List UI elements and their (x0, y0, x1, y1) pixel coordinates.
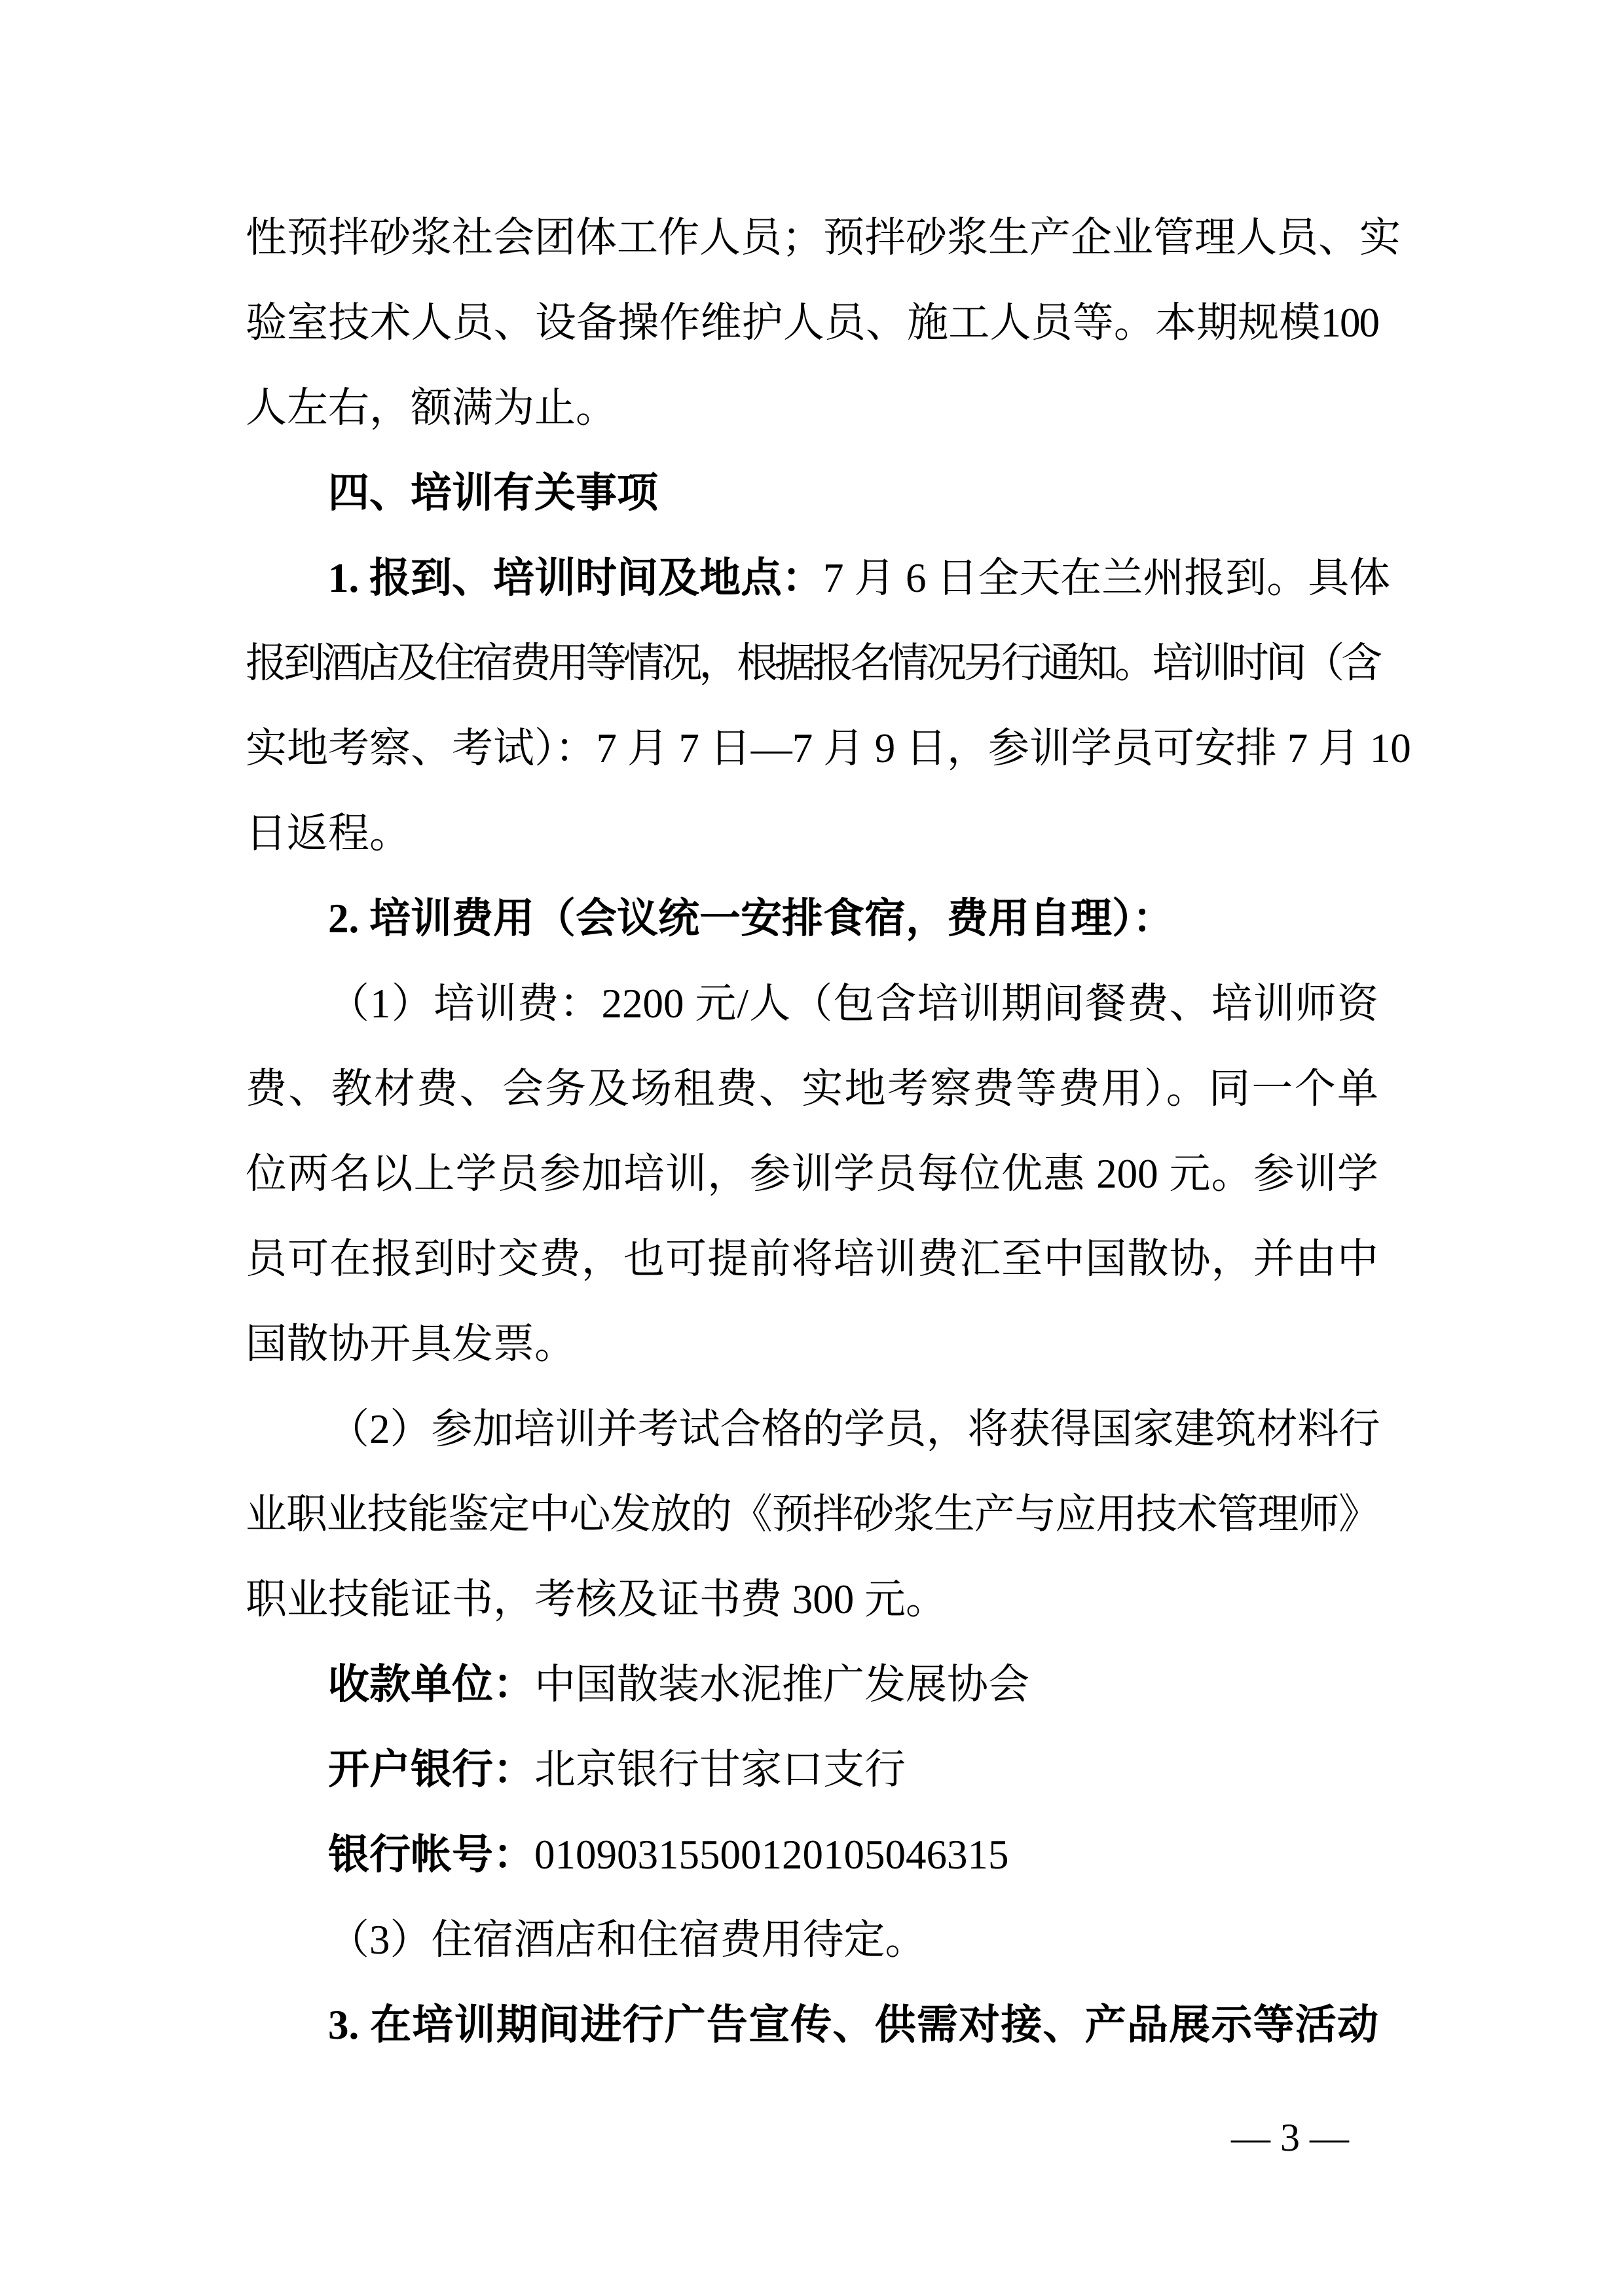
line-text-run: 日返程。 (246, 811, 411, 856)
line-bold-run: 四、培训有关事项 (328, 470, 658, 516)
line-text-run: 位两名以上学员参加培训，参训学员每位优惠 200 元。参训学 (246, 1151, 1378, 1197)
page-number: — 3 — (1231, 2095, 1349, 2180)
line-bold-run: 银行帐号： (328, 1832, 534, 1878)
line-text-run: 人左右，额满为止。 (246, 385, 617, 431)
line-text-run: 实地考察、考试）：7 月 7 日—7 月 9 日，参训学员可安排 7 月 10 (246, 725, 1411, 771)
line-text-run: 7 月 6 日全天在兰州报到。具体 (823, 555, 1390, 601)
line-bold-run: 开户银行： (328, 1747, 534, 1793)
document-line: （3）住宿酒店和住宿费用待定。 (246, 1897, 1378, 1982)
document-line: 报到酒店及住宿费用等情况，根据报名情况另行通知。培训时间（含 (246, 621, 1378, 706)
bank-line: 开户银行：北京银行甘家口支行 (246, 1727, 1378, 1812)
line-text-run: 员可在报到时交费，也可提前将培训费汇至中国散协，并由中 (246, 1236, 1378, 1282)
document-line: 业职业技能鉴定中心发放的《预拌砂浆生产与应用技术管理师》 (246, 1472, 1378, 1557)
document-line: 员可在报到时交费，也可提前将培训费汇至中国散协，并由中 (246, 1216, 1378, 1302)
document-line: （1）培训费：2200 元/人（包含培训期间餐费、培训师资 (246, 961, 1378, 1046)
line-text-run: 报到酒店及住宿费用等情况，根据报名情况另行通知。培训时间（含 (246, 640, 1378, 686)
document-line: （2）参加培训并考试合格的学员，将获得国家建筑材料行 (246, 1387, 1378, 1472)
section-heading: 四、培训有关事项 (246, 450, 1378, 536)
line-text-run: 性预拌砂浆社会团体工作人员；预拌砂浆生产企业管理人员、实 (246, 215, 1401, 261)
document-line: 性预拌砂浆社会团体工作人员；预拌砂浆生产企业管理人员、实 (246, 195, 1378, 280)
document-line: 国散协开具发票。 (246, 1302, 1378, 1387)
payee-line: 收款单位：中国散装水泥推广发展协会 (246, 1642, 1378, 1727)
line-text-run: （2）参加培训并考试合格的学员，将获得国家建筑材料行 (328, 1406, 1380, 1452)
document-line: 人左右，额满为止。 (246, 365, 1378, 450)
line-text-run: 费、教材费、会务及场租费、实地考察费等费用）。同一个单 (246, 1066, 1378, 1112)
document-line: 1. 报到、培训时间及地点：7 月 6 日全天在兰州报到。具体 (246, 536, 1378, 621)
line-text-run: 职业技能证书，考核及证书费 300 元。 (246, 1576, 947, 1622)
account-line: 银行帐号：01090315500120105046315 (246, 1812, 1378, 1897)
line-text-run: 国散协开具发票。 (246, 1321, 576, 1367)
line-text-run: 验室技术人员、设备操作维护人员、施工人员等。本期规模100 (246, 300, 1378, 346)
document-line: 位两名以上学员参加培训，参训学员每位优惠 200 元。参训学 (246, 1131, 1378, 1216)
document-line: 2. 培训费用（会议统一安排食宿，费用自理）： (246, 876, 1378, 961)
line-text-run: （3）住宿酒店和住宿费用待定。 (328, 1917, 927, 1963)
document-line: 实地考察、考试）：7 月 7 日—7 月 9 日，参训学员可安排 7 月 10 (246, 706, 1378, 791)
document-line: 验室技术人员、设备操作维护人员、施工人员等。本期规模100 (246, 280, 1378, 365)
document-line: 职业技能证书，考核及证书费 300 元。 (246, 1557, 1378, 1642)
line-text-run: 业职业技能鉴定中心发放的《预拌砂浆生产与应用技术管理师》 (246, 1491, 1378, 1537)
document-line: 日返程。 (246, 791, 1378, 876)
line-bold-run: 3. 在培训期间进行广告宣传、供需对接、产品展示等活动 (328, 2002, 1378, 2048)
document-line: 费、教材费、会务及场租费、实地考察费等费用）。同一个单 (246, 1046, 1378, 1131)
line-bold-run: 1. 报到、培训时间及地点： (328, 555, 823, 601)
document-body: 性预拌砂浆社会团体工作人员；预拌砂浆生产企业管理人员、实 验室技术人员、设备操作… (246, 195, 1378, 2068)
line-text-run: 中国散装水泥推广发展协会 (534, 1662, 1029, 1707)
line-text-run: （1）培训费：2200 元/人（包含培训期间餐费、培训师资 (328, 981, 1378, 1027)
line-text-run: 北京银行甘家口支行 (534, 1747, 906, 1793)
line-bold-run: 收款单位： (328, 1662, 534, 1707)
page: 性预拌砂浆社会团体工作人员；预拌砂浆生产企业管理人员、实 验室技术人员、设备操作… (0, 0, 1624, 2296)
line-bold-run: 2. 培训费用（会议统一安排食宿，费用自理）： (328, 896, 1174, 941)
line-text-run: 01090315500120105046315 (534, 1832, 1009, 1878)
document-line: 3. 在培训期间进行广告宣传、供需对接、产品展示等活动 (246, 1982, 1378, 2068)
